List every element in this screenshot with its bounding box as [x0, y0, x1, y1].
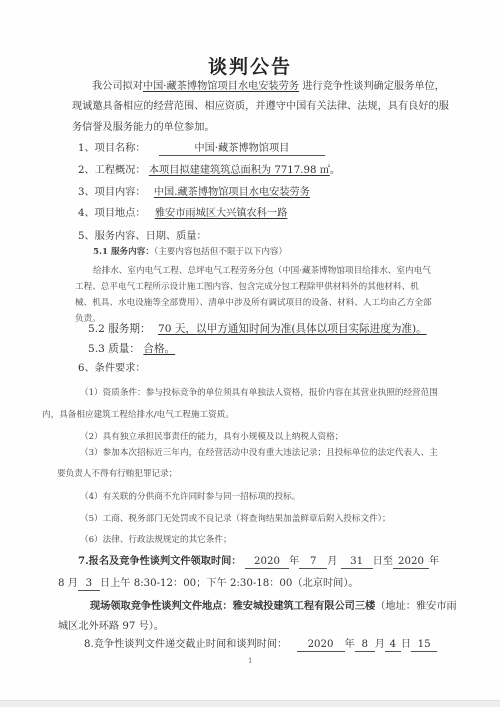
page-bottom-edge: [0, 700, 500, 707]
section-5-heading: 5、服务内容、日期、质量：: [78, 230, 207, 244]
section-7-line-2: 8 月3日上午 8:30-12：00；下午 2:30-18：00（北京时间）。: [58, 577, 359, 591]
condition-4: （4）有关联的分供商不允许同时参与同一招标项的投标。: [80, 490, 300, 504]
item-value: 本项目拟建建筑筑总面积为 7717.98 ㎡: [149, 165, 330, 176]
item-label: 2、工程概况：: [78, 165, 146, 176]
item-value: 中国·藏茶博物馆项目: [159, 143, 325, 156]
item-content: 3、项目内容： 中国.藏茶博物馆项目水电安装劳务: [78, 186, 310, 200]
section-5-2: 5.2 服务期： 70 天，以甲方通知时间为准(具体以项目实际进度为准)。: [88, 322, 427, 336]
intro-project-service: 中国·藏茶博物馆项目水电安装劳务: [143, 81, 299, 92]
item-label: 1、项目名称：: [78, 143, 146, 154]
service-period-value: 70 天，以甲方通知时间为准(具体以项目实际进度为准)。: [158, 323, 427, 335]
section-8-line: 8.竞争性谈判文件递交截止时间和谈判时间： 2020年8月4日15: [84, 638, 437, 652]
section-5-1: 5.1 服务内容：（主要内容包括但不限于以下内容）: [93, 245, 287, 259]
item-label: 3、项目内容：: [78, 187, 146, 198]
end-day: 3: [78, 578, 100, 591]
document-page: 谈判公告 我公司拟对中国·藏茶博物馆项目水电安装劳务 进行竞争性谈判确定服务单位…: [0, 0, 500, 700]
deadline-hour: 15: [411, 639, 437, 652]
deadline-month: 8: [355, 639, 375, 652]
condition-3a: （3）参加本次招标近三年内，在经营活动中没有重大违法记录；且投标单位的法定代表人…: [80, 446, 438, 460]
intro-suffix: 进行竞争性谈判确定服务单位，: [299, 81, 445, 92]
intro-line-1: 我公司拟对中国·藏茶博物馆项目水电安装劳务 进行竞争性谈判确定服务单位，: [92, 80, 445, 94]
condition-5: （5）工商、税务部门无处罚或不良记录（将查询结果加盖鲜章后附入投标文件）；: [80, 512, 391, 526]
s51-body-2: 工程、总平电气工程所示设计施工图内容、包含完成分包工程除甲供材料外的其他材料、机: [75, 280, 419, 294]
intro-line-2: 现诚邀具备相应的经营范围、相应资质，并遵守中国有关法律、法规，具有良好的服: [72, 100, 449, 114]
deadline-year: 2020: [297, 639, 345, 652]
condition-3b: 要负责人不得有行贿犯罪记录；: [57, 467, 177, 481]
section-6-heading: 6、条件要求：: [78, 362, 146, 376]
section-7-line-1: 7.报名及竞争性谈判文件领取时间： 2020年7月 31日至2020年: [78, 554, 439, 569]
start-year: 2020: [245, 556, 289, 569]
item-label: 4、项目地点：: [78, 208, 146, 219]
condition-1a: （1）资质条件：参与投标竞争的单位须具有单独法人资格，报价内容在其营业执照的经营…: [80, 386, 438, 400]
deadline-day: 4: [385, 639, 401, 652]
item-value: 中国.藏茶博物馆项目水电安装劳务: [154, 187, 310, 198]
item-value: 雅安市雨城区大兴镇农科一路: [155, 208, 287, 219]
condition-2: （2）具有独立承担民事责任的能力，具有小规模及以上纳税人资格；: [80, 430, 343, 444]
s51-body-3: 械、机具、水电设施等全部费用）、清单中涉及所有调试项目的设备、材料、人工均由乙方…: [75, 296, 432, 310]
section-5-3: 5.3 质量： 合格。: [88, 342, 175, 356]
start-day: 31: [341, 556, 373, 569]
item-location: 4、项目地点： 雅安市雨城区大兴镇农科一路: [78, 207, 287, 221]
intro-line-3: 务信誉及服务能力的单位参加。: [72, 121, 215, 135]
item-project-name: 1、项目名称： 中国·藏茶博物馆项目: [78, 142, 325, 156]
start-month: 7: [299, 556, 327, 569]
page-title: 谈判公告: [0, 52, 500, 79]
end-year: 2020: [393, 556, 429, 569]
quality-value: 合格。: [143, 343, 175, 355]
condition-1b: 内，具备相应建筑工程给排水/电气工程施工资质。: [42, 408, 234, 422]
page-number: 1: [248, 657, 252, 665]
item-overview: 2、工程概况： 本项目拟建建筑筑总面积为 7717.98 ㎡。: [78, 164, 340, 178]
condition-6: （6）法律、行政法规规定的其它条件；: [80, 533, 232, 547]
pickup-location-line-1: 现场领取竞争性谈判文件地点：雅安城投建筑工程有限公司三楼（地址：雅安市雨: [90, 599, 457, 614]
intro-prefix: 我公司拟对: [92, 81, 143, 92]
pickup-location-line-2: 城区北外环路 97 号）。: [58, 620, 164, 634]
s51-body-1: 给排水、室内电气工程、总坪电气工程劳务分包（中国·藏茶博物馆项目给排水、室内电气: [93, 264, 431, 278]
